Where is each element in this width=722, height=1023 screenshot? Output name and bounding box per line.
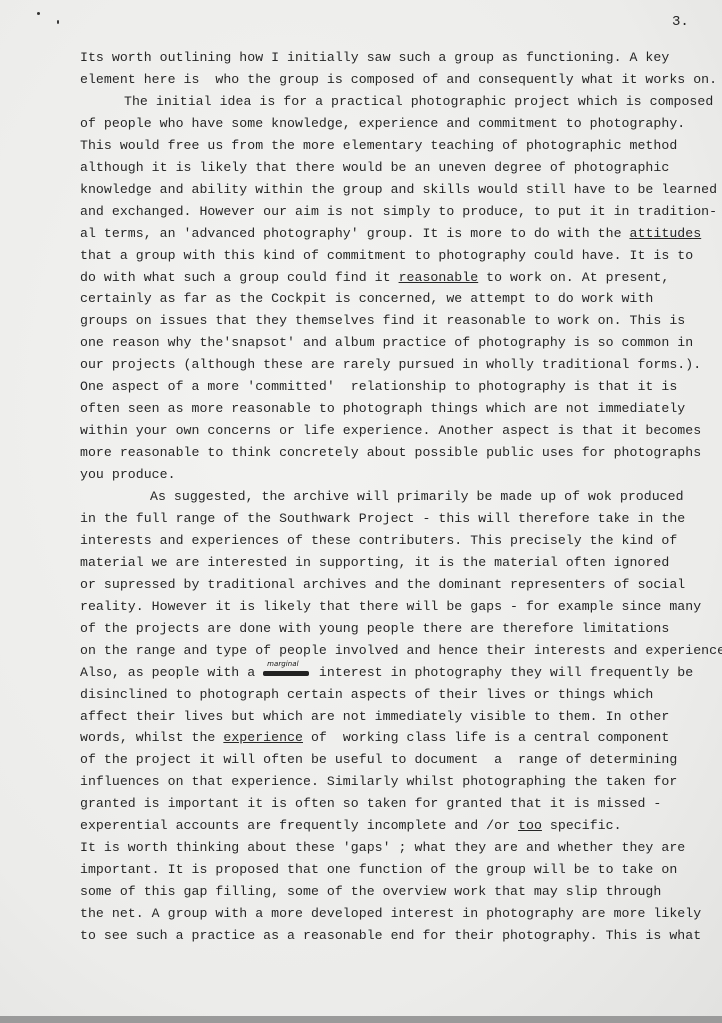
text-line: experential accounts are frequently inco… [80,818,622,834]
text-line: This would free us from the more element… [80,138,677,154]
text-line: our projects (although these are rarely … [80,357,701,373]
text-line: of people who have some knowledge, exper… [80,116,685,132]
text-line: element here is who the group is compose… [80,72,717,88]
text-line: that a group with this kind of commitmen… [80,248,693,264]
text-line: certainly as far as the Cockpit is conce… [80,291,653,307]
text-line: al terms, an 'advanced photography' grou… [80,226,701,242]
text-line: groups on issues that they themselves fi… [80,313,685,329]
text-line: of the project it will often be useful t… [80,752,677,768]
text-line: knowledge and ability within the group a… [80,182,717,198]
text-line: material we are interested in supporting… [80,555,669,571]
text-line: on the range and type of people involved… [80,643,722,659]
scan-edge [0,1016,722,1023]
typed-page: 3. Its worth outlining how I initially s… [0,0,722,1016]
speck-mark [57,20,59,24]
underlined-word: attitudes [630,226,702,241]
underlined-word: experience [223,730,303,745]
underlined-word: reasonable [399,270,479,285]
text-line: Its worth outlining how I initially saw … [80,50,669,66]
text-line: and exchanged. However our aim is not si… [80,204,717,220]
text-line: The initial idea is for a practical phot… [124,94,713,110]
text-line: the net. A group with a more developed i… [80,906,701,922]
text-line: interests and experiences of these contr… [80,533,677,549]
handwritten-annotation: marginal [267,656,298,672]
text-line: As suggested, the archive will primarily… [150,489,684,505]
text-line: One aspect of a more 'committed' relatio… [80,379,677,395]
underlined-word: too [518,818,542,833]
text-line: of the projects are done with young peop… [80,621,669,637]
text-line: Also, as people with a marginal interest… [80,665,693,681]
struck-word: marginal [263,665,311,680]
text-line: often seen as more reasonable to photogr… [80,401,685,417]
text-line: you produce. [80,467,176,483]
text-line: affect their lives but which are not imm… [80,709,669,725]
text-line: granted is important it is often so take… [80,796,661,812]
text-line: one reason why the'snapsot' and album pr… [80,335,693,351]
text-line: some of this gap filling, some of the ov… [80,884,661,900]
text-line: more reasonable to think concretely abou… [80,445,701,461]
text-line: words, whilst the experience of working … [80,730,669,746]
text-line: reality. However it is likely that there… [80,599,701,615]
text-line: or supressed by traditional archives and… [80,577,685,593]
text-line: important. It is proposed that one funct… [80,862,677,878]
text-line: although it is likely that there would b… [80,160,669,176]
text-line: in the full range of the Southwark Proje… [80,511,685,527]
page-number: 3. [672,14,689,30]
text-line: to see such a practice as a reasonable e… [80,928,701,944]
text-line: influences on that experience. Similarly… [80,774,677,790]
text-line: within your own concerns or life experie… [80,423,701,439]
text-line: It is worth thinking about these 'gaps' … [80,840,685,856]
text-line: do with what such a group could find it … [80,270,669,286]
text-line: disinclined to photograph certain aspect… [80,687,653,703]
speck-mark [37,12,40,15]
